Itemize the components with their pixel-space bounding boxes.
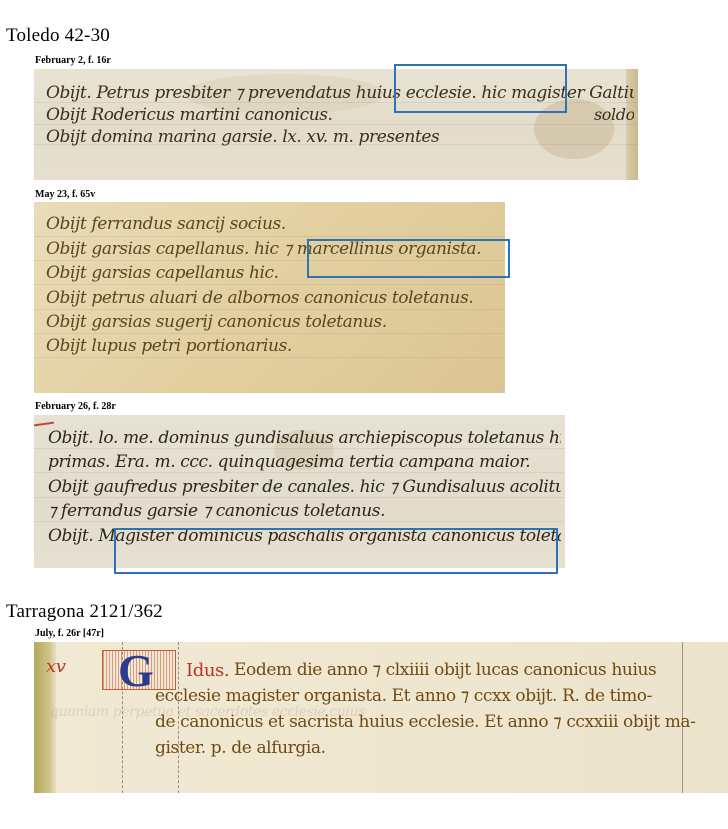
manuscript-line: primas. Era. m. ccc. quinquagesima terti… (48, 452, 530, 472)
section-title-tarragona: Tarragona 2121/362 (6, 602, 163, 621)
manuscript-line: Obijt lupus petri portionarius. (46, 336, 292, 356)
red-ruling-mark (34, 422, 54, 427)
highlight-box-organista (307, 239, 510, 278)
rubric-idus: Idus. (186, 660, 229, 681)
folio-label-february-26: February 26, f. 28r (35, 402, 116, 412)
margin-note: soldos (594, 105, 634, 124)
manuscript-line: Obijt Rodericus martini canonicus. (46, 105, 333, 125)
manuscript-image-may-23: Obijt ferrandus sancij socius. Obijt gar… (34, 202, 505, 393)
margin-number: xv (46, 656, 66, 677)
highlight-box-organista (394, 64, 567, 113)
folio-label-february-2: February 2, f. 16r (35, 56, 111, 66)
manuscript-line: Obijt gaufredus presbiter de canales. hi… (48, 477, 561, 497)
manuscript-image-july: quoniam perpetua et sacerdotes ecclesie … (34, 642, 728, 793)
manuscript-line: Eodem die anno ⁊ clxiiii obijt lucas can… (234, 660, 656, 680)
manuscript-line: Obijt garsias capellanus hic. (46, 263, 279, 283)
manuscript-line: Obijt garsias sugerij canonicus toletanu… (46, 312, 387, 332)
manuscript-line: Obijt ferrandus sancij socius. (46, 214, 286, 234)
folio-label-may-23: May 23, f. 65v (35, 190, 95, 200)
highlight-box-organista (114, 528, 558, 574)
manuscript-line: Obijt petrus aluari de albornos canonicu… (46, 288, 473, 308)
manuscript-line: de canonicus et sacrista huius ecclesie.… (155, 712, 696, 732)
manuscript-line: ecclesie magister organista. Et anno ⁊ c… (155, 686, 652, 706)
section-title-toledo: Toledo 42-30 (6, 26, 110, 45)
manuscript-line: ⁊ ferrandus garsie ⁊ canonicus toletanus… (48, 501, 385, 521)
folio-label-july: July, f. 26r [47r] (35, 629, 104, 639)
decorated-initial-g: G (118, 644, 154, 697)
manuscript-line: Obijt. lo. me. dominus gundisaluus archi… (48, 428, 561, 448)
manuscript-line: gister. p. de alfurgia. (155, 738, 326, 758)
manuscript-line: Obijt domina marina garsie. lx. xv. m. p… (46, 127, 439, 147)
